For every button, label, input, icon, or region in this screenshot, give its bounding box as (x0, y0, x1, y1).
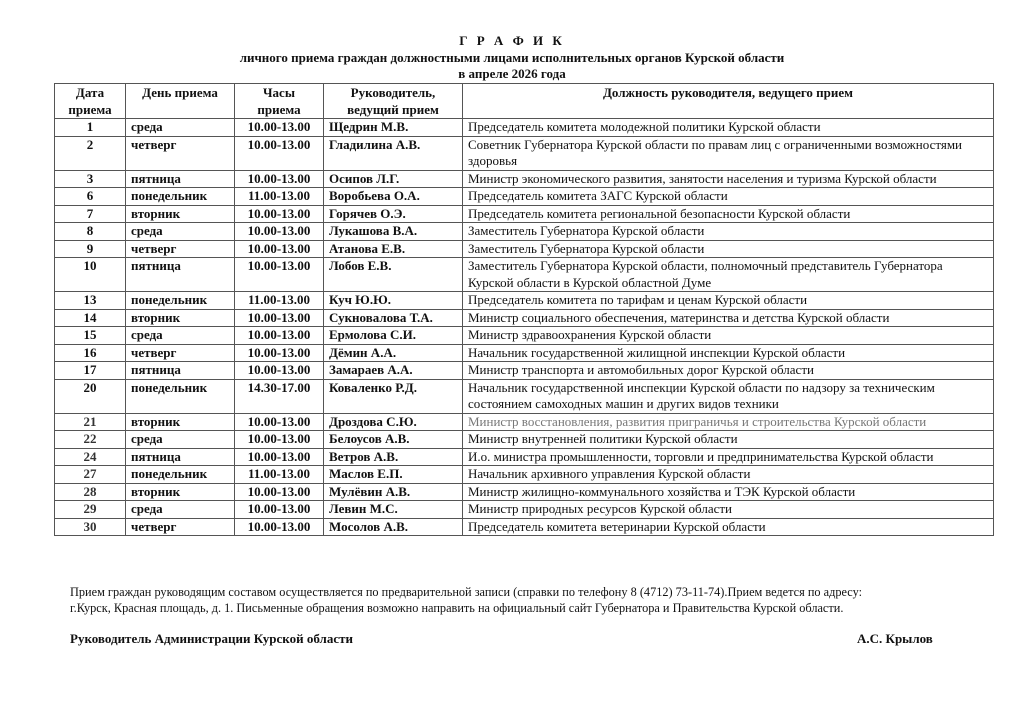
cell-day: среда (126, 431, 235, 449)
cell-day: понедельник (126, 292, 235, 310)
header-head: Руководитель, ведущий прием (324, 84, 463, 119)
cell-head: Левин М.С. (324, 501, 463, 519)
table-row: 15среда10.00-13.00Ермолова С.И.Министр з… (55, 327, 994, 345)
table-row: 22среда10.00-13.00Белоусов А.В.Министр в… (55, 431, 994, 449)
cell-day: понедельник (126, 466, 235, 484)
cell-day: пятница (126, 258, 235, 292)
cell-date: 16 (55, 344, 126, 362)
cell-hours: 10.00-13.00 (235, 483, 324, 501)
cell-head: Ермолова С.И. (324, 327, 463, 345)
reception-note: Прием граждан руководящим составом осуще… (70, 584, 970, 616)
cell-hours: 10.00-13.00 (235, 518, 324, 536)
cell-hours: 10.00-13.00 (235, 344, 324, 362)
table-row: 28вторник10.00-13.00Мулёвин А.В.Министр … (55, 483, 994, 501)
cell-day: четверг (126, 240, 235, 258)
cell-day: четверг (126, 518, 235, 536)
cell-hours: 10.00-13.00 (235, 309, 324, 327)
cell-date: 13 (55, 292, 126, 310)
cell-head: Белоусов А.В. (324, 431, 463, 449)
cell-date: 22 (55, 431, 126, 449)
cell-head: Сукновалова Т.А. (324, 309, 463, 327)
cell-position: Начальник государственной жилищной инспе… (463, 344, 994, 362)
cell-day: среда (126, 501, 235, 519)
cell-hours: 10.00-13.00 (235, 240, 324, 258)
cell-hours: 10.00-13.00 (235, 170, 324, 188)
cell-head: Мулёвин А.В. (324, 483, 463, 501)
header-date: Дата приема (55, 84, 126, 119)
cell-position: Заместитель Губернатора Курской области,… (463, 258, 994, 292)
cell-head: Лобов Е.В. (324, 258, 463, 292)
cell-position: И.о. министра промышленности, торговли и… (463, 448, 994, 466)
table-row: 14вторник10.00-13.00Сукновалова Т.А.Мини… (55, 309, 994, 327)
cell-day: вторник (126, 483, 235, 501)
table-row: 1среда10.00-13.00Щедрин М.В.Председатель… (55, 119, 994, 137)
cell-head: Куч Ю.Ю. (324, 292, 463, 310)
cell-date: 10 (55, 258, 126, 292)
cell-hours: 14.30-17.00 (235, 379, 324, 413)
cell-date: 15 (55, 327, 126, 345)
header-day: День приема (126, 84, 235, 119)
cell-hours: 10.00-13.00 (235, 448, 324, 466)
cell-position: Начальник государственной инспекции Курс… (463, 379, 994, 413)
cell-date: 1 (55, 119, 126, 137)
cell-position: Министр внутренней политики Курской обла… (463, 431, 994, 449)
cell-hours: 11.00-13.00 (235, 466, 324, 484)
cell-head: Горячев О.Э. (324, 205, 463, 223)
cell-day: пятница (126, 448, 235, 466)
header-position: Должность руководителя, ведущего прием (463, 84, 994, 119)
cell-day: пятница (126, 362, 235, 380)
cell-head: Коваленко Р.Д. (324, 379, 463, 413)
cell-date: 9 (55, 240, 126, 258)
cell-date: 20 (55, 379, 126, 413)
signer-name: А.С. Крылов (857, 631, 933, 647)
cell-head: Воробьева О.А. (324, 188, 463, 206)
table-row: 9четверг10.00-13.00Атанова Е.В.Заместите… (55, 240, 994, 258)
cell-position: Председатель комитета по тарифам и ценам… (463, 292, 994, 310)
cell-day: понедельник (126, 379, 235, 413)
table-row: 16четверг10.00-13.00Дёмин А.А.Начальник … (55, 344, 994, 362)
cell-date: 8 (55, 223, 126, 241)
cell-hours: 11.00-13.00 (235, 292, 324, 310)
cell-day: четверг (126, 344, 235, 362)
signer-title: Руководитель Администрации Курской облас… (70, 631, 353, 647)
cell-position: Председатель комитета региональной безоп… (463, 205, 994, 223)
cell-position: Министр восстановления, развития пригран… (463, 413, 994, 431)
document-subtitle: личного приема граждан должностными лица… (0, 50, 1024, 66)
cell-date: 17 (55, 362, 126, 380)
cell-position: Председатель комитета молодежной политик… (463, 119, 994, 137)
reception-note-line2: г.Курск, Красная площадь, д. 1. Письменн… (70, 600, 970, 616)
cell-date: 24 (55, 448, 126, 466)
cell-date: 30 (55, 518, 126, 536)
cell-hours: 10.00-13.00 (235, 431, 324, 449)
cell-date: 29 (55, 501, 126, 519)
cell-position: Министр здравоохранения Курской области (463, 327, 994, 345)
table-row: 13понедельник11.00-13.00Куч Ю.Ю.Председа… (55, 292, 994, 310)
cell-hours: 10.00-13.00 (235, 413, 324, 431)
cell-day: среда (126, 119, 235, 137)
cell-hours: 10.00-13.00 (235, 136, 324, 170)
cell-date: 27 (55, 466, 126, 484)
cell-position: Министр социального обеспечения, материн… (463, 309, 994, 327)
table-row: 7вторник10.00-13.00Горячев О.Э.Председат… (55, 205, 994, 223)
cell-head: Осипов Л.Г. (324, 170, 463, 188)
cell-position: Заместитель Губернатора Курской области (463, 223, 994, 241)
cell-date: 14 (55, 309, 126, 327)
cell-position: Министр жилищно-коммунального хозяйства … (463, 483, 994, 501)
table-header-row: Дата приема День приема Часы приема Руко… (55, 84, 994, 119)
table-row: 2четверг10.00-13.00Гладилина А.В.Советни… (55, 136, 994, 170)
cell-position: Министр транспорта и автомобильных дорог… (463, 362, 994, 380)
cell-position: Министр природных ресурсов Курской облас… (463, 501, 994, 519)
cell-head: Мосолов А.В. (324, 518, 463, 536)
reception-note-line1: Прием граждан руководящим составом осуще… (70, 584, 970, 600)
table-row: 20понедельник14.30-17.00Коваленко Р.Д.На… (55, 379, 994, 413)
table-row: 8среда10.00-13.00Лукашова В.А.Заместител… (55, 223, 994, 241)
cell-day: четверг (126, 136, 235, 170)
cell-day: среда (126, 223, 235, 241)
cell-position: Заместитель Губернатора Курской области (463, 240, 994, 258)
cell-day: понедельник (126, 188, 235, 206)
cell-position: Министр экономического развития, занятос… (463, 170, 994, 188)
cell-hours: 10.00-13.00 (235, 205, 324, 223)
cell-day: пятница (126, 170, 235, 188)
cell-head: Щедрин М.В. (324, 119, 463, 137)
cell-hours: 10.00-13.00 (235, 119, 324, 137)
cell-head: Маслов Е.П. (324, 466, 463, 484)
cell-hours: 10.00-13.00 (235, 327, 324, 345)
cell-hours: 10.00-13.00 (235, 258, 324, 292)
cell-date: 6 (55, 188, 126, 206)
schedule-table: Дата приема День приема Часы приема Руко… (54, 83, 994, 536)
cell-position: Председатель комитета ветеринарии Курско… (463, 518, 994, 536)
cell-date: 2 (55, 136, 126, 170)
cell-position: Начальник архивного управления Курской о… (463, 466, 994, 484)
cell-head: Гладилина А.В. (324, 136, 463, 170)
cell-day: вторник (126, 309, 235, 327)
cell-head: Лукашова В.А. (324, 223, 463, 241)
cell-position: Советник Губернатора Курской области по … (463, 136, 994, 170)
cell-date: 7 (55, 205, 126, 223)
cell-date: 3 (55, 170, 126, 188)
cell-date: 28 (55, 483, 126, 501)
cell-hours: 10.00-13.00 (235, 501, 324, 519)
cell-head: Ветров А.В. (324, 448, 463, 466)
cell-position: Председатель комитета ЗАГС Курской облас… (463, 188, 994, 206)
table-row: 17пятница10.00-13.00Замараев А.А.Министр… (55, 362, 994, 380)
table-row: 3пятница10.00-13.00Осипов Л.Г.Министр эк… (55, 170, 994, 188)
document-title: Г Р А Ф И К (0, 33, 1024, 49)
cell-head: Дёмин А.А. (324, 344, 463, 362)
cell-hours: 11.00-13.00 (235, 188, 324, 206)
cell-hours: 10.00-13.00 (235, 223, 324, 241)
table-row: 21вторник10.00-13.00Дроздова С.Ю.Министр… (55, 413, 994, 431)
header-hours: Часы приема (235, 84, 324, 119)
table-row: 29среда10.00-13.00Левин М.С.Министр прир… (55, 501, 994, 519)
cell-day: вторник (126, 205, 235, 223)
table-row: 6понедельник11.00-13.00Воробьева О.А.Пре… (55, 188, 994, 206)
table-row: 10пятница10.00-13.00Лобов Е.В.Заместител… (55, 258, 994, 292)
cell-head: Дроздова С.Ю. (324, 413, 463, 431)
cell-day: среда (126, 327, 235, 345)
cell-day: вторник (126, 413, 235, 431)
table-row: 27понедельник11.00-13.00Маслов Е.П.Начал… (55, 466, 994, 484)
document-period: в апреле 2026 года (0, 66, 1024, 82)
cell-head: Атанова Е.В. (324, 240, 463, 258)
cell-hours: 10.00-13.00 (235, 362, 324, 380)
table-row: 30четверг10.00-13.00Мосолов А.В.Председа… (55, 518, 994, 536)
table-row: 24пятница10.00-13.00Ветров А.В.И.о. мини… (55, 448, 994, 466)
cell-date: 21 (55, 413, 126, 431)
cell-head: Замараев А.А. (324, 362, 463, 380)
